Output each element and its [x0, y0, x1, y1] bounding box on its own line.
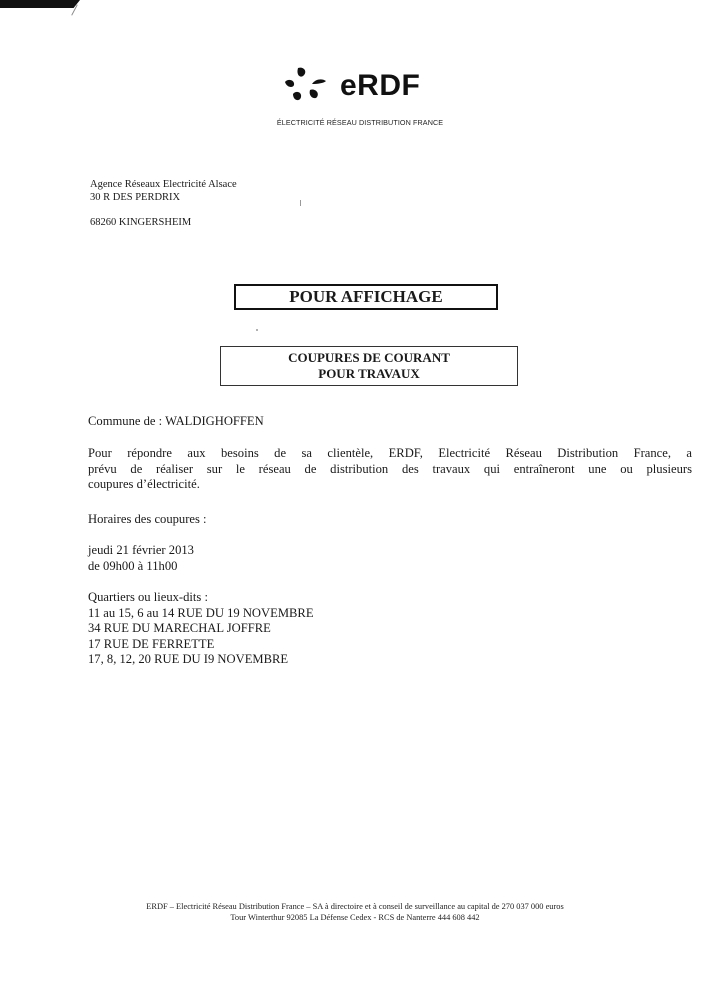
sender-street: 30 R DES PERDRIX — [90, 191, 237, 204]
footer-line-1: ERDF – Electricité Réseau Distribution F… — [100, 901, 610, 912]
paragraph-line: Pour répondre aux besoins de sa clientèl… — [88, 446, 692, 462]
logo-wordmark: eRDF — [340, 68, 420, 104]
scan-artifact — [0, 0, 80, 8]
title-line-1: COUPURES DE COURANT — [221, 350, 517, 366]
horaires-label: Horaires des coupures : — [88, 512, 207, 528]
schedule: jeudi 21 février 2013 de 09h00 à 11h00 — [88, 543, 194, 574]
location-item: 11 au 15, 6 au 14 RUE DU 19 NOVEMBRE — [88, 606, 314, 622]
banner-box: POUR AFFICHAGE — [234, 284, 498, 310]
location-item: 34 RUE DU MARECHAL JOFFRE — [88, 621, 314, 637]
footer-line-2: Tour Winterthur 92085 La Défense Cedex -… — [100, 912, 610, 923]
paragraph-line: prévu de réaliser sur le réseau de distr… — [88, 462, 692, 478]
location-item: 17, 8, 12, 20 RUE DU I9 NOVEMBRE — [88, 652, 314, 668]
scan-speck — [256, 329, 258, 331]
footer: ERDF – Electricité Réseau Distribution F… — [100, 901, 610, 923]
title-line-2: POUR TRAVAUX — [221, 366, 517, 382]
locations: Quartiers ou lieux-dits : 11 au 15, 6 au… — [88, 590, 314, 668]
intro-paragraph: Pour répondre aux besoins de sa clientèl… — [88, 446, 692, 493]
sender-address: Agence Réseaux Electricité Alsace 30 R D… — [90, 178, 237, 229]
schedule-time: de 09h00 à 11h00 — [88, 559, 194, 575]
commune-label: Commune de : WALDIGHOFFEN — [88, 414, 264, 430]
erdf-pinwheel-icon — [284, 66, 334, 106]
logo-subtitle: ÉLECTRICITÉ RÉSEAU DISTRIBUTION FRANCE — [250, 118, 470, 127]
title-box: COUPURES DE COURANT POUR TRAVAUX — [220, 346, 518, 386]
paragraph-line: coupures d’électricité. — [88, 477, 692, 493]
locations-label: Quartiers ou lieux-dits : — [88, 590, 314, 606]
banner-text: POUR AFFICHAGE — [289, 287, 442, 306]
erdf-logo: eRDF — [284, 66, 434, 106]
schedule-date: jeudi 21 février 2013 — [88, 543, 194, 559]
sender-name: Agence Réseaux Electricité Alsace — [90, 178, 237, 191]
location-item: 17 RUE DE FERRETTE — [88, 637, 314, 653]
sender-city: 68260 KINGERSHEIM — [90, 216, 237, 229]
scan-speck — [300, 200, 301, 206]
